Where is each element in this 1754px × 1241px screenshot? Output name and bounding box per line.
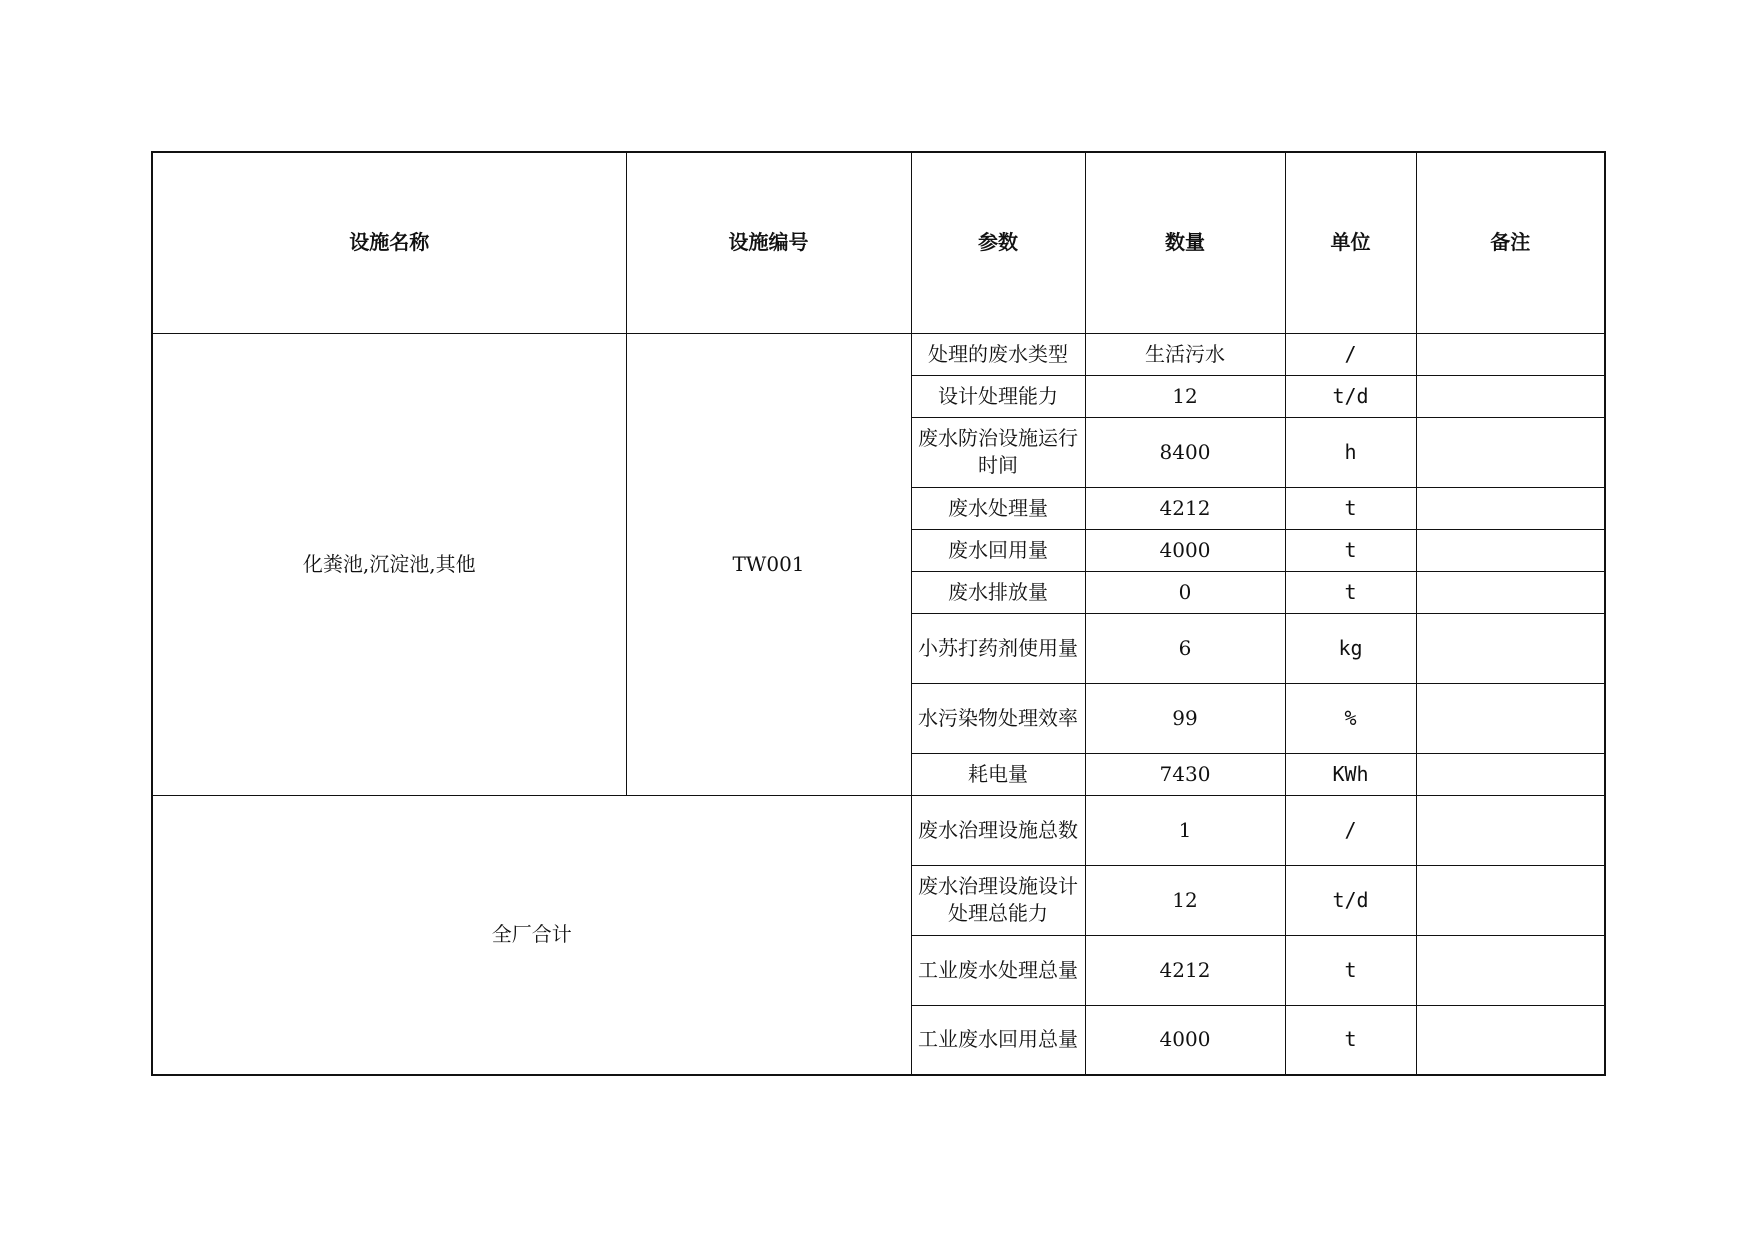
- param-cell: 小苏打药剂使用量: [911, 613, 1085, 683]
- remark-cell: [1416, 417, 1605, 487]
- param-cell: 耗电量: [911, 753, 1085, 795]
- param-cell: 废水治理设施设计处理总能力: [911, 865, 1085, 935]
- unit-cell: t/d: [1285, 865, 1416, 935]
- header-unit: 单位: [1285, 152, 1416, 333]
- param-cell: 水污染物处理效率: [911, 683, 1085, 753]
- facility-code-cell: TW001: [626, 333, 911, 795]
- unit-cell: t: [1285, 529, 1416, 571]
- value-cell: 4212: [1085, 487, 1285, 529]
- remark-cell: [1416, 333, 1605, 375]
- header-facility-code: 设施编号: [626, 152, 911, 333]
- remark-cell: [1416, 753, 1605, 795]
- header-quantity: 数量: [1085, 152, 1285, 333]
- param-cell: 处理的废水类型: [911, 333, 1085, 375]
- value-cell: 12: [1085, 865, 1285, 935]
- remark-cell: [1416, 865, 1605, 935]
- unit-cell: %: [1285, 683, 1416, 753]
- param-cell: 废水回用量: [911, 529, 1085, 571]
- header-remark: 备注: [1416, 152, 1605, 333]
- param-cell: 废水防治设施运行时间: [911, 417, 1085, 487]
- value-cell: 7430: [1085, 753, 1285, 795]
- remark-cell: [1416, 375, 1605, 417]
- remark-cell: [1416, 1005, 1605, 1075]
- param-cell: 废水治理设施总数: [911, 795, 1085, 865]
- header-facility-name: 设施名称: [152, 152, 626, 333]
- unit-cell: t: [1285, 1005, 1416, 1075]
- value-cell: 1: [1085, 795, 1285, 865]
- param-cell: 废水处理量: [911, 487, 1085, 529]
- unit-cell: t: [1285, 935, 1416, 1005]
- unit-cell: KWh: [1285, 753, 1416, 795]
- unit-cell: h: [1285, 417, 1416, 487]
- remark-cell: [1416, 529, 1605, 571]
- param-cell: 工业废水回用总量: [911, 1005, 1085, 1075]
- value-cell: 0: [1085, 571, 1285, 613]
- value-cell: 4212: [1085, 935, 1285, 1005]
- unit-cell: /: [1285, 333, 1416, 375]
- value-cell: 6: [1085, 613, 1285, 683]
- wastewater-facility-table: 设施名称 设施编号 参数 数量 单位 备注 化粪池,沉淀池,其他 TW001 处…: [151, 151, 1606, 1076]
- remark-cell: [1416, 935, 1605, 1005]
- remark-cell: [1416, 795, 1605, 865]
- remark-cell: [1416, 571, 1605, 613]
- value-cell: 99: [1085, 683, 1285, 753]
- param-cell: 设计处理能力: [911, 375, 1085, 417]
- plant-total-label-cell: 全厂合计: [152, 795, 911, 1075]
- table-row: 化粪池,沉淀池,其他 TW001 处理的废水类型 生活污水 /: [152, 333, 1605, 375]
- facility-name-cell: 化粪池,沉淀池,其他: [152, 333, 626, 795]
- remark-cell: [1416, 613, 1605, 683]
- header-parameter: 参数: [911, 152, 1085, 333]
- value-cell: 12: [1085, 375, 1285, 417]
- unit-cell: /: [1285, 795, 1416, 865]
- param-cell: 废水排放量: [911, 571, 1085, 613]
- unit-cell: kg: [1285, 613, 1416, 683]
- remark-cell: [1416, 683, 1605, 753]
- param-cell: 工业废水处理总量: [911, 935, 1085, 1005]
- remark-cell: [1416, 487, 1605, 529]
- value-cell: 8400: [1085, 417, 1285, 487]
- unit-cell: t/d: [1285, 375, 1416, 417]
- unit-cell: t: [1285, 487, 1416, 529]
- table-row: 全厂合计 废水治理设施总数 1 /: [152, 795, 1605, 865]
- value-cell: 生活污水: [1085, 333, 1285, 375]
- value-cell: 4000: [1085, 1005, 1285, 1075]
- unit-cell: t: [1285, 571, 1416, 613]
- table-header-row: 设施名称 设施编号 参数 数量 单位 备注: [152, 152, 1605, 333]
- value-cell: 4000: [1085, 529, 1285, 571]
